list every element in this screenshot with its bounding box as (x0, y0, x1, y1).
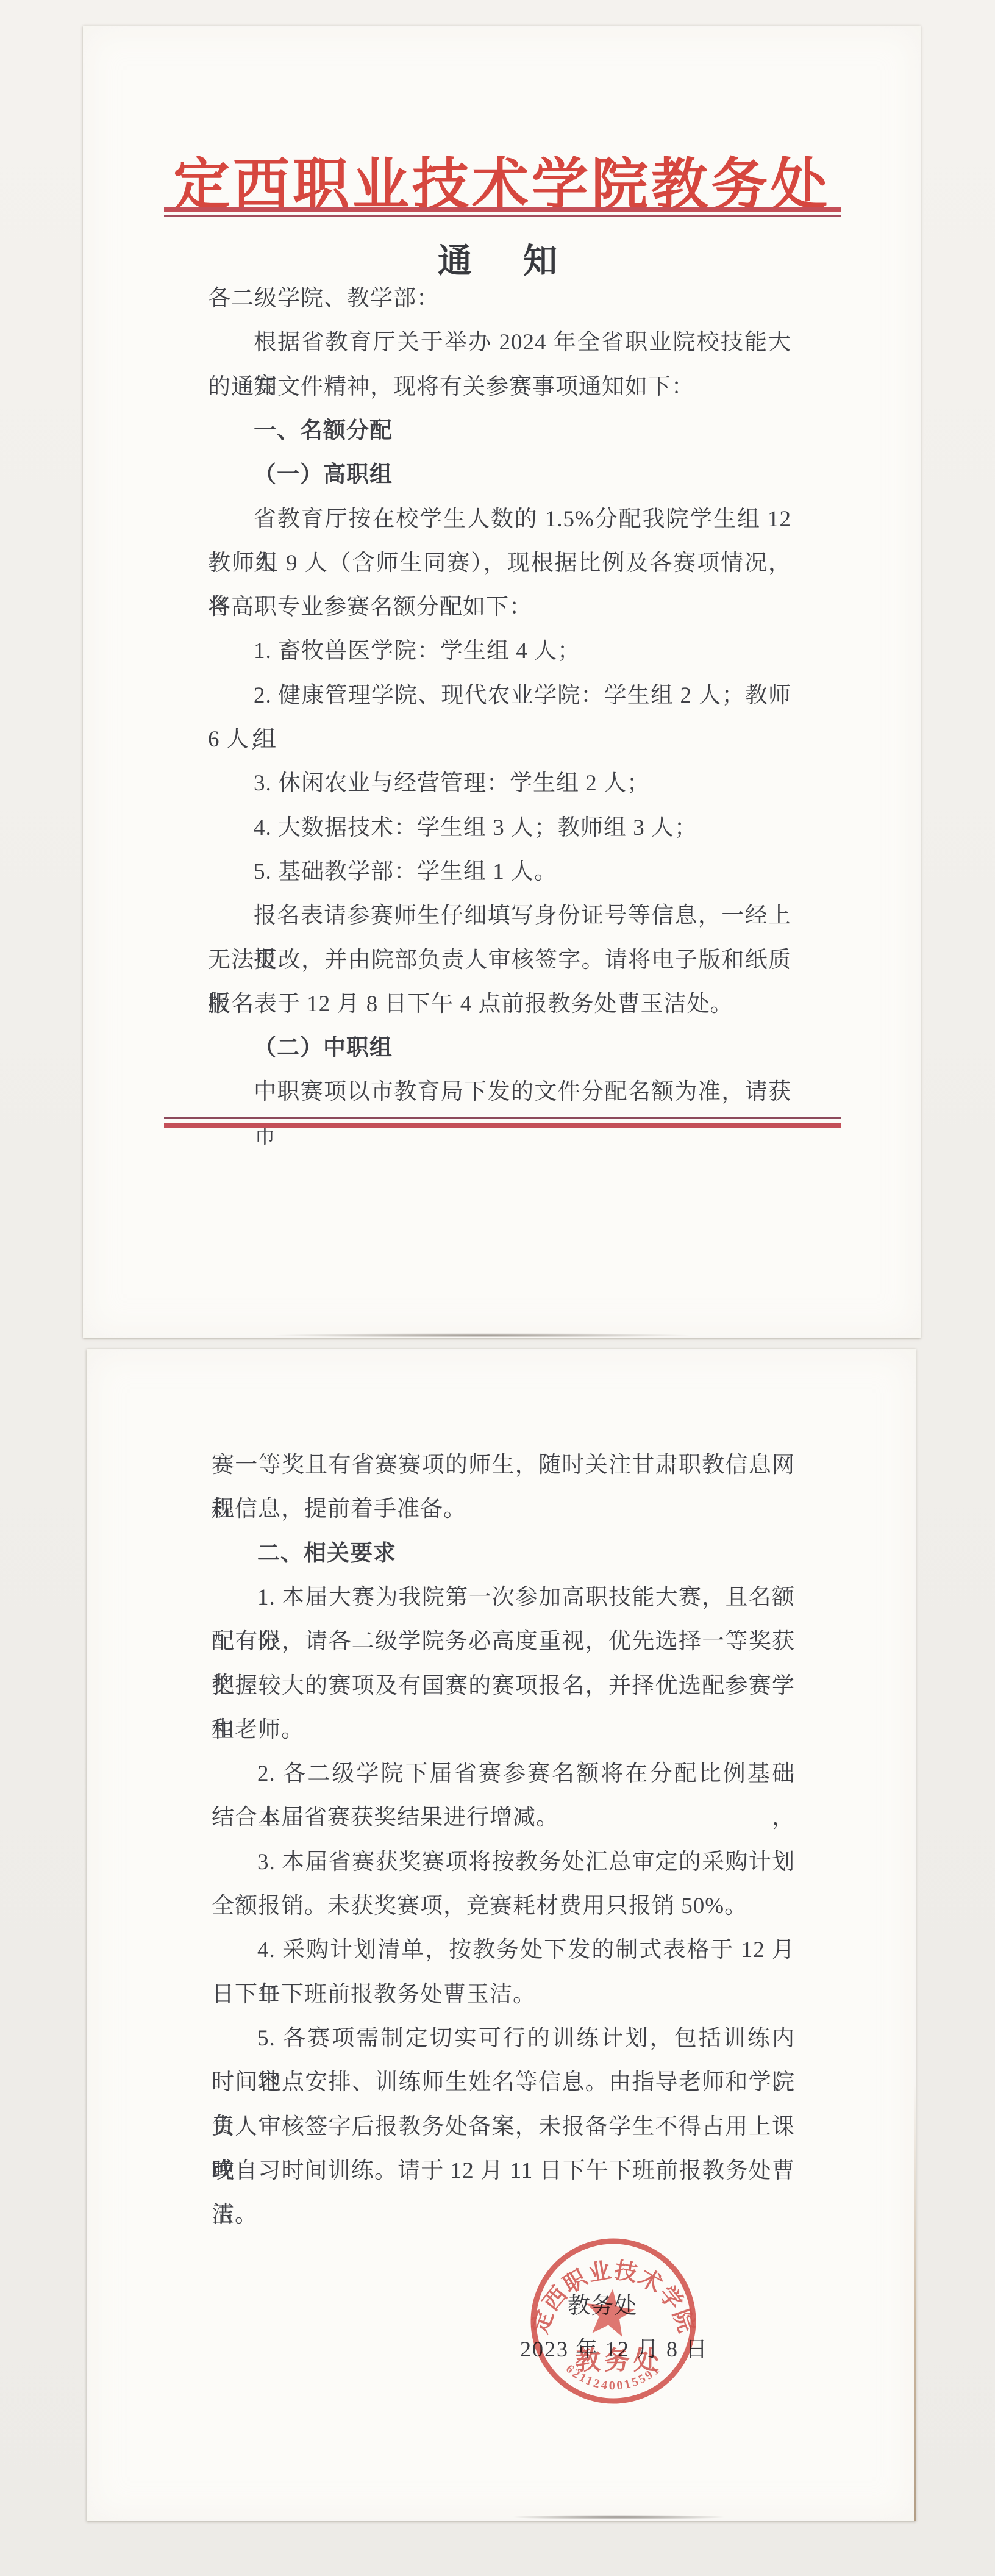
text-line: 时间地点安排、训练师生姓名等信息。由指导老师和学院负 (212, 2061, 795, 2105)
text-line: 的通知文件精神，现将有关参赛事项通知如下： (208, 365, 791, 409)
page-2-right-edge-shadow (914, 2081, 916, 2521)
text-line: 二、相关要求 (212, 1532, 795, 1576)
text-line: 各二级学院、教学部： (208, 277, 791, 321)
letterhead-rule-thin (164, 215, 841, 217)
text-line: 晚自习时间训练。请于 12 月 11 日下午下班前报教务处曹玉 (212, 2149, 795, 2193)
text-line: 报名表请参赛师生仔细填写身份证号等信息，一经上报 (208, 894, 791, 938)
text-line: 5. 各赛项需制定切实可行的训练计划，包括训练内容、 (212, 2017, 795, 2061)
text-line: 全额报销。未获奖赛项，竞赛耗材费用只报销 50%。 (212, 1884, 795, 1928)
notice-title: 通 知 (83, 234, 921, 283)
text-line: 把握较大的赛项及有国赛的赛项报名，并择优选配参赛学生 (212, 1664, 795, 1708)
text-line: （二）中职组 (208, 1026, 791, 1070)
letterhead-rule-thick (164, 207, 841, 212)
text-line: 1. 畜牧兽医学院：学生组 4 人； (208, 629, 791, 673)
footer-rule-thin (164, 1117, 841, 1119)
text-line: 3. 本届省赛获奖赛项将按教务处汇总审定的采购计划 (212, 1841, 795, 1884)
scan-background: 定西职业技术学院教务处 通 知 各二级学院、教学部：根据省教育厅关于举办 202… (0, 0, 995, 2576)
text-line: 2. 各二级学院下届省赛参赛名额将在分配比例基础上， (212, 1752, 795, 1796)
official-seal: 定西职业技术学院 教务处 6211240015591 (522, 2230, 705, 2413)
text-line: 1. 本届大赛为我院第一次参加高职技能大赛，且名额分 (212, 1576, 795, 1620)
page-2-bottom-edge-shadow (512, 2515, 726, 2519)
text-line: 各高职专业参赛名额分配如下： (208, 585, 791, 629)
text-line: 和老师。 (212, 1708, 795, 1752)
seal-star (583, 2286, 637, 2338)
text-line: 省教育厅按在校学生人数的 1.5%分配我院学生组 12 人， (208, 498, 791, 542)
text-line: 4. 采购计划清单，按教务处下发的制式表格于 12 月 11 (212, 1928, 795, 1972)
page-1: 定西职业技术学院教务处 通 知 各二级学院、教学部：根据省教育厅关于举办 202… (83, 26, 921, 1338)
text-line: 根据省教育厅关于举办 2024 年全省职业院校技能大赛 (208, 321, 791, 365)
text-line: 洁。 (212, 2193, 795, 2237)
text-line: 3. 休闲农业与经营管理：学生组 2 人； (208, 762, 791, 806)
text-line: 6 人； (208, 718, 791, 762)
text-line: 责人审核签字后报教务处备案，未报备学生不得占用上课或 (212, 2105, 795, 2149)
footer-rule-thick (164, 1123, 841, 1128)
text-line: 4. 大数据技术：学生组 3 人；教师组 3 人； (208, 806, 791, 850)
text-line: 程信息，提前着手准备。 (212, 1487, 795, 1531)
text-line: 2. 健康管理学院、现代农业学院：学生组 2 人；教师组 (208, 674, 791, 718)
text-line: 教师组 9 人（含师生同赛），现根据比例及各赛项情况，将 (208, 542, 791, 585)
text-line: 5. 基础教学部：学生组 1 人。 (208, 850, 791, 894)
text-line: 赛一等奖且有省赛赛项的师生，随时关注甘肃职教信息网规 (212, 1444, 795, 1487)
text-line: 结合本届省赛获奖结果进行增减。 (212, 1796, 795, 1840)
text-line: 报名表于 12 月 8 日下午 4 点前报教务处曹玉洁处。 (208, 982, 791, 1026)
text-line: 日下午下班前报教务处曹玉洁。 (212, 1973, 795, 2017)
text-line: 无法更改，并由院部负责人审核签字。请将电子版和纸质版 (208, 939, 791, 982)
page-2: 赛一等奖且有省赛赛项的师生，随时关注甘肃职教信息网规程信息，提前着手准备。二、相… (87, 1349, 916, 2521)
text-line: （一）高职组 (208, 453, 791, 497)
text-line: 中职赛项以市教育局下发的文件分配名额为准，请获市 (208, 1070, 791, 1114)
text-line: 一、名额分配 (208, 409, 791, 453)
text-line: 配有限，请各二级学院务必高度重视，优先选择一等奖获奖 (212, 1620, 795, 1664)
page-1-bottom-edge-shadow (274, 1333, 689, 1337)
